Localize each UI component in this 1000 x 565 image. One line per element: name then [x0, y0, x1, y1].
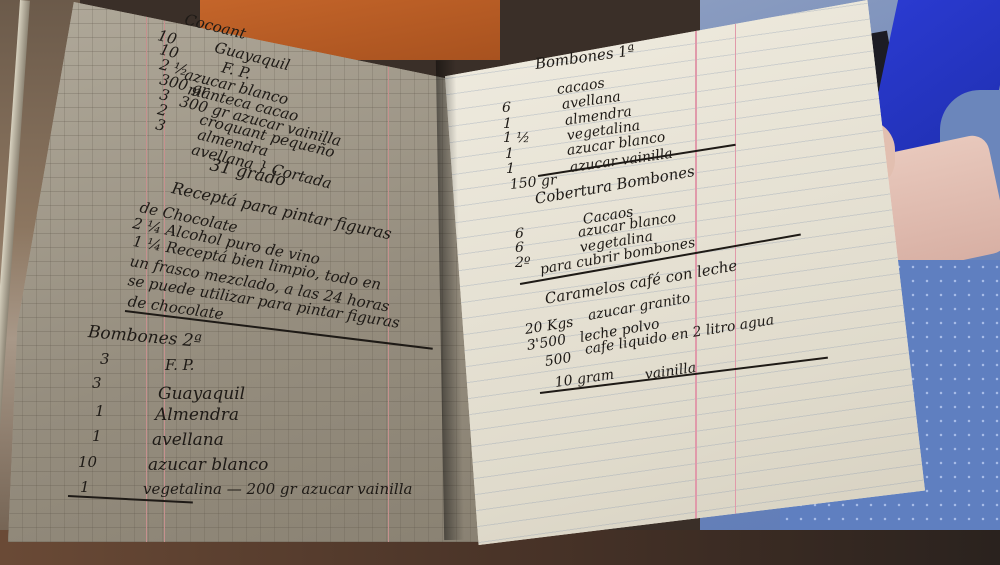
- handwritten-qty: 1 ½: [503, 130, 530, 146]
- handwritten-qty: 1: [505, 146, 514, 162]
- handwritten-item: F. P.: [165, 356, 194, 374]
- handwritten-qty: 1: [80, 478, 90, 496]
- handwritten-item: azucar blanco: [148, 455, 268, 475]
- handwritten-item: Almendra: [155, 405, 239, 425]
- handwritten-item: Guayaquil: [158, 384, 245, 404]
- handwritten-qty: 1: [92, 427, 102, 445]
- handwritten-item: vegetalina — 200 gr azucar vainilla: [143, 480, 412, 498]
- handwritten-qty: 2º: [515, 255, 531, 271]
- handwritten-qty: 6: [515, 240, 524, 256]
- handwritten-qty: 6: [502, 100, 511, 116]
- handwritten-qty: 3: [100, 350, 110, 368]
- handwritten-qty: 1: [95, 402, 105, 420]
- photo-scene: Cocoant 10 10 2 ½ 300 gr 3 2 3 Guayaquil…: [0, 0, 1000, 565]
- handwritten-item: avellana: [152, 430, 224, 450]
- handwritten-qty: 3: [92, 374, 102, 392]
- handwritten-qty: 10: [78, 453, 97, 471]
- handwritten-qty: 1: [506, 161, 515, 177]
